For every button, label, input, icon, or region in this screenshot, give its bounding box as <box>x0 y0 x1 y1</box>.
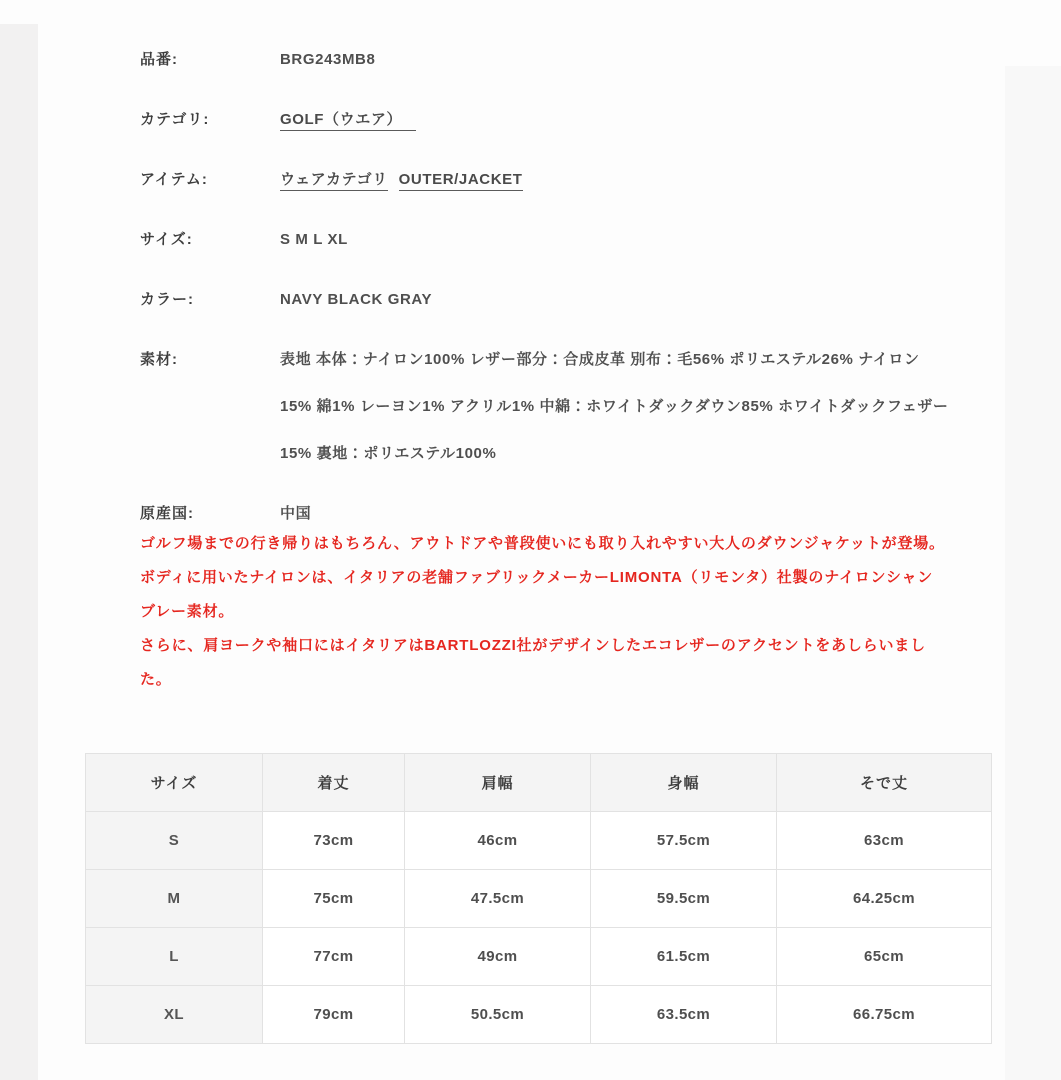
header-size: サイズ <box>86 754 263 812</box>
spec-label-color: カラー: <box>140 276 280 323</box>
size-chart-body: S 73cm 46cm 57.5cm 63cm M 75cm 47.5cm 59… <box>86 812 992 1044</box>
category-link[interactable]: GOLF（ウエア） <box>280 111 416 131</box>
cell-size-l: L <box>86 928 263 986</box>
wear-category-link[interactable]: ウェアカテゴリ <box>280 171 388 191</box>
size-chart-header: サイズ 着丈 肩幅 身幅 そで丈 <box>86 754 992 812</box>
cell-size-s: S <box>86 812 263 870</box>
outer-jacket-link[interactable]: OUTER/JACKET <box>399 171 523 191</box>
table-row-l: L 77cm 49cm 61.5cm 65cm <box>86 928 992 986</box>
header-length: 着丈 <box>263 754 405 812</box>
cell-m-length: 75cm <box>263 870 405 928</box>
description-paragraph-1: ゴルフ場までの行き帰りはもちろん、アウトドアや普段使いにも取り入れやすい大人のダ… <box>140 527 948 561</box>
spec-value-material: 表地 本体：ナイロン100% レザー部分：合成皮革 別布：毛56% ポリエステル… <box>280 336 950 477</box>
table-row-m: M 75cm 47.5cm 59.5cm 64.25cm <box>86 870 992 928</box>
spec-label-category: カテゴリ: <box>140 96 280 143</box>
spec-row-category: カテゴリ: GOLF（ウエア） <box>140 96 950 143</box>
cell-s-body: 57.5cm <box>591 812 777 870</box>
cell-xl-sleeve: 66.75cm <box>777 986 992 1044</box>
cell-s-length: 73cm <box>263 812 405 870</box>
header-sleeve-length: そで丈 <box>777 754 992 812</box>
spec-row-material: 素材: 表地 本体：ナイロン100% レザー部分：合成皮革 別布：毛56% ポリ… <box>140 336 950 477</box>
cell-m-shoulder: 47.5cm <box>405 870 591 928</box>
cell-l-body: 61.5cm <box>591 928 777 986</box>
spec-label-item: アイテム: <box>140 156 280 203</box>
cell-l-sleeve: 65cm <box>777 928 992 986</box>
product-detail-page: 品番: BRG243MB8 カテゴリ: GOLF（ウエア） アイテム: ウェアカ… <box>0 0 1061 1080</box>
cell-m-sleeve: 64.25cm <box>777 870 992 928</box>
page-margin-right <box>1005 66 1061 1080</box>
size-chart-table: サイズ 着丈 肩幅 身幅 そで丈 S 73cm 46cm 57.5cm 63cm… <box>85 753 992 1044</box>
cell-s-sleeve: 63cm <box>777 812 992 870</box>
spec-label-size: サイズ: <box>140 216 280 263</box>
size-chart-header-row: サイズ 着丈 肩幅 身幅 そで丈 <box>86 754 992 812</box>
header-body-width: 身幅 <box>591 754 777 812</box>
spec-row-item: アイテム: ウェアカテゴリ OUTER/JACKET <box>140 156 950 203</box>
cell-l-shoulder: 49cm <box>405 928 591 986</box>
table-row-s: S 73cm 46cm 57.5cm 63cm <box>86 812 992 870</box>
page-margin-left <box>0 24 38 1080</box>
spec-label-item-number: 品番: <box>140 36 280 83</box>
spec-value-size: S M L XL <box>280 216 950 263</box>
spec-value-category: GOLF（ウエア） <box>280 96 950 143</box>
cell-size-m: M <box>86 870 263 928</box>
description-paragraph-2: ボディに用いたナイロンは、イタリアの老舗ファブリックメーカーLIMONTA（リモ… <box>140 561 948 629</box>
table-row-xl: XL 79cm 50.5cm 63.5cm 66.75cm <box>86 986 992 1044</box>
spec-row-color: カラー: NAVY BLACK GRAY <box>140 276 950 323</box>
cell-size-xl: XL <box>86 986 263 1044</box>
product-description: ゴルフ場までの行き帰りはもちろん、アウトドアや普段使いにも取り入れやすい大人のダ… <box>140 527 948 697</box>
spec-label-material: 素材: <box>140 336 280 383</box>
spec-value-item-number: BRG243MB8 <box>280 36 950 83</box>
spec-row-size: サイズ: S M L XL <box>140 216 950 263</box>
cell-xl-body: 63.5cm <box>591 986 777 1044</box>
header-shoulder-width: 肩幅 <box>405 754 591 812</box>
product-spec-list: 品番: BRG243MB8 カテゴリ: GOLF（ウエア） アイテム: ウェアカ… <box>140 36 950 550</box>
cell-l-length: 77cm <box>263 928 405 986</box>
spec-value-item: ウェアカテゴリ OUTER/JACKET <box>280 156 950 203</box>
cell-xl-length: 79cm <box>263 986 405 1044</box>
spec-row-item-number: 品番: BRG243MB8 <box>140 36 950 83</box>
description-paragraph-3: さらに、肩ヨークや袖口にはイタリアはBARTLOZZI社がデザインしたエコレザー… <box>140 629 948 697</box>
cell-m-body: 59.5cm <box>591 870 777 928</box>
spec-value-color: NAVY BLACK GRAY <box>280 276 950 323</box>
cell-s-shoulder: 46cm <box>405 812 591 870</box>
cell-xl-shoulder: 50.5cm <box>405 986 591 1044</box>
